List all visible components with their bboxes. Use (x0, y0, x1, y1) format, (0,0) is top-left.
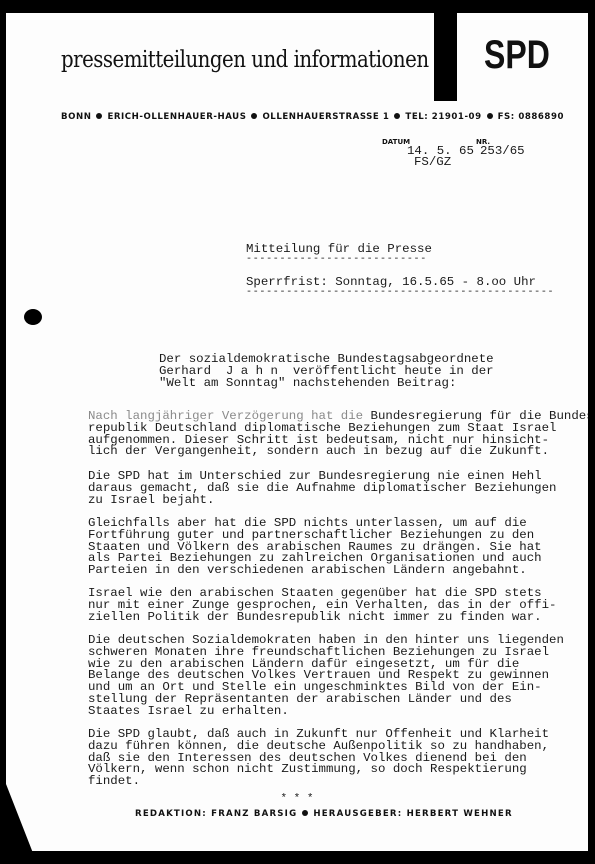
press-heading-underline: --------------------------- (246, 254, 427, 265)
bullet-icon (96, 113, 102, 119)
editor-credit: REDAKTION: FRANZ BARSIG (135, 809, 297, 819)
address-city: BONN (61, 112, 91, 122)
bullet-icon (394, 113, 400, 119)
paragraph-1: Nach langjähriger Verzögerung hat die Bu… (88, 411, 595, 458)
punch-hole (24, 309, 42, 325)
address-telex: FS: 0886890 (498, 112, 564, 122)
masthead-title: pressemitteilungen und informationen (61, 47, 429, 73)
address-line: BONNERICH-OLLENHAUER-HAUSOLLENHAUERSTRAS… (61, 112, 564, 122)
address-street: OLLENHAUERSTRASSE 1 (262, 112, 389, 122)
address-building: ERICH-OLLENHAUER-HAUS (107, 112, 246, 122)
footer-credits: REDAKTION: FRANZ BARSIGHERAUSGEBER: HERB… (135, 809, 513, 819)
paragraph-line: findet. (88, 774, 140, 788)
address-phone: TEL: 21901-09 (405, 112, 481, 122)
paragraph-line: Völkern, wenn schon nicht Zustimmung, so… (88, 762, 527, 776)
publisher-credit: HERAUSGEBER: HERBERT WEHNER (313, 809, 512, 819)
number-value: 253/65 (480, 144, 525, 158)
paragraph-4: Israel wie den arabischen Staaten gegenü… (88, 588, 556, 623)
paragraph-3: Gleichfalls aber hat die SPD nichts unte… (88, 518, 542, 577)
paragraph-line: zu Israel bejaht. (88, 493, 214, 507)
paragraph-5: Die deutschen Sozialdemokraten haben in … (88, 635, 564, 718)
paragraph-6: Die SPD glaubt, daß auch in Zukunft nur … (88, 729, 549, 788)
paragraph-2: Die SPD hat im Unterschied zur Bundesreg… (88, 471, 556, 506)
paragraph-line: Staates Israel zu erhalten. (88, 704, 289, 718)
document-page: pressemitteilungen und informationen SPD… (6, 13, 588, 851)
bullet-icon (251, 113, 257, 119)
paragraph-line: Parteien in den verschiedenen arabischen… (88, 563, 527, 577)
intro-line: "Welt am Sonntag" nachstehenden Beitrag: (159, 376, 456, 390)
embargo-underline: ----------------------------------------… (246, 287, 554, 298)
bullet-icon (302, 810, 308, 816)
section-separator: * * * (6, 793, 588, 805)
spd-logo: SPD (484, 33, 550, 78)
bullet-icon (487, 113, 493, 119)
reference-initials: FS/GZ (414, 155, 451, 169)
paragraph-line: ziellen Politik der Bundesrepublik nicht… (88, 610, 542, 624)
masthead-divider-bar (434, 13, 457, 101)
intro-paragraph: Der sozialdemokratische Bundestagsabgeor… (159, 353, 494, 390)
date-label: DATUM (382, 138, 410, 146)
paragraph-line: lich der Vergangenheit, sondern auch in … (88, 444, 549, 458)
